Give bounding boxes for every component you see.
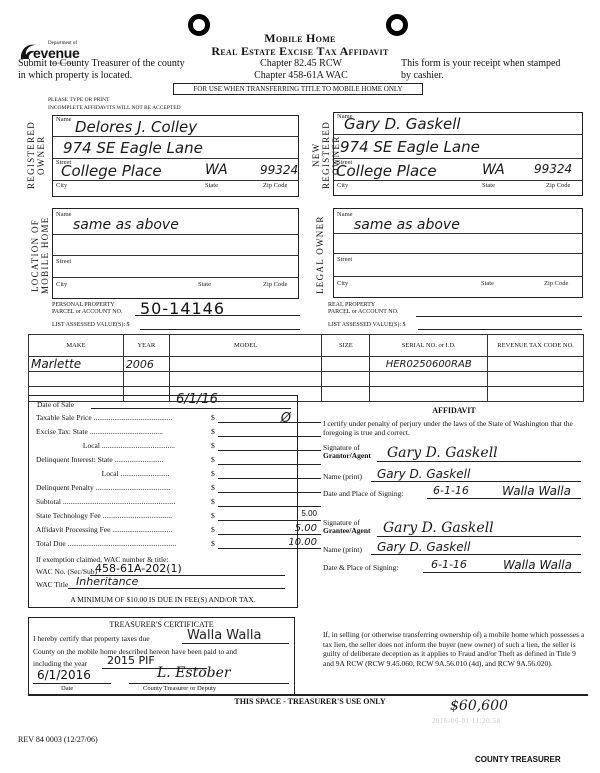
date-of-sale-label: Date of Sale <box>37 400 74 409</box>
cell-revenue-tax-code[interactable] <box>488 372 584 387</box>
fee-excise-state: Excise Tax: State ......................… <box>36 425 323 438</box>
header-revenue-tax-code: REVENUE TAX CODE NO. <box>488 335 584 357</box>
registered-owner-name-field[interactable]: Name Delores J. Colley <box>53 116 298 137</box>
delinquent-penalty-field[interactable] <box>218 481 321 493</box>
cell-make[interactable]: Marlette <box>29 357 124 372</box>
cell-year[interactable]: 2006 <box>123 357 169 372</box>
fee-total-due: Total Due ..............................… <box>36 537 323 550</box>
location-line2-field[interactable] <box>53 235 298 256</box>
grantee-print-name-field[interactable]: Gary D. Gaskell <box>371 543 581 555</box>
cell-serial[interactable] <box>370 372 488 387</box>
fee-excise-local: Local ..................................… <box>36 439 323 452</box>
subtotal-field[interactable] <box>218 495 321 507</box>
legal-owner-line2-field[interactable] <box>334 234 582 254</box>
lien-warning: If, in selling (or otherwise transferrin… <box>323 630 585 668</box>
cashier-stamp: 2016-06-01 11:20:58 <box>432 717 501 725</box>
affidavit-processing-fee-field[interactable]: 5.00 <box>218 523 321 535</box>
delinquent-interest-state-field[interactable] <box>218 453 321 465</box>
cell-serial[interactable] <box>370 387 488 402</box>
treasurer-divider <box>28 694 588 696</box>
registered-owner-address-field[interactable]: 974 SE Eagle Lane <box>53 137 298 159</box>
location-label: LOCATION OFMOBILE HOME <box>30 210 50 300</box>
property-table: MAKE YEAR MODEL SIZE SERIAL NO. or I.D. … <box>28 334 584 402</box>
fee-delinquent-interest-state: Delinquent Interest: State .............… <box>36 453 323 466</box>
excise-local-field[interactable] <box>218 439 321 451</box>
real-parcel-field[interactable] <box>416 309 582 317</box>
certificate-date-field[interactable]: 6/1/2016 <box>33 671 111 684</box>
registered-owner-box: Name Delores J. Colley 974 SE Eagle Lane… <box>52 115 299 197</box>
grantor-print-name-field[interactable]: Gary D. Gaskell <box>371 470 581 482</box>
personal-assessed-label: LIST ASSESSED VALUE(S): $ <box>52 322 130 328</box>
fee-state-technology: State Technology Fee ...................… <box>36 509 323 522</box>
header-make: MAKE <box>29 335 124 357</box>
header-serial: SERIAL NO. or I.D. <box>370 335 488 357</box>
legal-owner-name-field[interactable]: Name same as above <box>334 209 582 234</box>
new-registered-owner-box: Name Gary D. Gaskell 974 SE Eagle Lane S… <box>333 112 583 196</box>
cell-model[interactable] <box>169 372 322 387</box>
cell-size[interactable] <box>322 357 370 372</box>
affidavit-statement: I certify under penalty of perjury under… <box>323 419 583 437</box>
tax-county-field[interactable]: Walla Walla <box>182 633 289 644</box>
treasurer-certificate-box: TREASURER'S CERTIFICATE I hereby certify… <box>28 617 295 694</box>
grantor-date-place-field[interactable]: 6-1-16 Walla Walla <box>427 487 581 499</box>
state-technology-fee-field[interactable]: 5.00 <box>218 509 321 521</box>
total-due-field[interactable]: 10.00 <box>218 537 321 549</box>
cell-revenue-tax-code[interactable] <box>488 357 584 372</box>
date-of-sale-field[interactable]: 6/1/16 <box>91 396 291 409</box>
new-owner-address-field[interactable]: 974 SE Eagle Lane <box>334 135 582 159</box>
taxable-sale-price-field[interactable]: Ø <box>218 411 321 423</box>
cell-year[interactable] <box>123 372 169 387</box>
registered-owner-label: REGISTEREDOWNER <box>26 118 46 193</box>
location-name-field[interactable]: Name same as above <box>53 209 298 235</box>
instructions: PLEASE TYPE OR PRINT INCOMPLETE AFFIDAVI… <box>48 96 181 112</box>
wac-title-label: WAC Title <box>36 580 68 589</box>
cell-size[interactable] <box>322 387 370 402</box>
cell-make[interactable] <box>29 372 124 387</box>
minimum-due-note: A MINIMUM OF $10.00 IS DUE IN FEE(S) AND… <box>28 595 298 604</box>
form-number: REV 84 0003 (12/27/06) <box>18 735 98 744</box>
grantee-print-row: Name (print) Gary D. Gaskell <box>323 545 585 559</box>
county-treasurer-label: COUNTY TREASURER <box>475 755 561 764</box>
table-row <box>29 372 584 387</box>
fee-affidavit-processing: Affidavit Processing Fee ...............… <box>36 523 323 536</box>
affidavit-title: AFFIDAVIT <box>323 406 585 415</box>
fee-subtotal: Subtotal ...............................… <box>36 495 323 508</box>
grantor-date-row: Date and Place of Signing: 6-1-16 Walla … <box>323 489 585 503</box>
legal-owner-box: Name same as above Street City State Zip… <box>333 208 583 298</box>
cell-size[interactable] <box>322 372 370 387</box>
grantee-date-place-field[interactable]: 6-1-16 Walla Walla <box>423 561 581 573</box>
chapter-refs: Chapter 82.45 RCW Chapter 458-61A WAC <box>246 58 356 82</box>
location-box: Name same as above Street City State Zip… <box>52 208 299 299</box>
property-table-header: MAKE YEAR MODEL SIZE SERIAL NO. or I.D. … <box>29 335 584 357</box>
grantor-signature-field[interactable]: Gary D. Gaskell <box>377 450 581 462</box>
table-row: Marlette 2006 HER0250600RAB <box>29 357 584 372</box>
delinquent-interest-local-field[interactable] <box>218 467 321 479</box>
cell-revenue-tax-code[interactable] <box>488 387 584 402</box>
grantee-signature-row: Signature of Grantee/Agent Gary D. Gaske… <box>323 519 585 541</box>
personal-parcel-field[interactable]: 50-14146 <box>135 302 300 316</box>
submit-note: Submit to County Treasurer of the county… <box>18 58 185 82</box>
grantee-signature-field[interactable]: Gary D. Gaskell <box>377 525 581 537</box>
new-owner-name-field[interactable]: Name Gary D. Gaskell <box>334 113 582 135</box>
real-assessed-label: LIST ASSESSED VALUE(S): $ <box>328 322 406 328</box>
real-property-label: REAL PROPERTY PARCEL or ACCOUNT NO. <box>328 302 398 316</box>
header-model: MODEL <box>169 335 322 357</box>
registered-owner-city-field[interactable]: Street College Place WA 99324 <box>53 159 298 181</box>
grantor-signature-row: Signature of Grantor/Agent Gary D. Gaske… <box>323 444 585 466</box>
legal-owner-street-field[interactable]: Street <box>334 254 582 277</box>
grantee-date-row: Date & Place of Signing: 6-1-16 Walla Wa… <box>323 563 585 577</box>
excise-state-field[interactable] <box>218 425 321 437</box>
location-street-field[interactable]: Street <box>53 256 298 278</box>
receipt-note: This form is your receipt when stamped b… <box>401 58 560 82</box>
fee-taxable-sale-price: Taxable Sale Price .....................… <box>36 411 323 424</box>
header-year: YEAR <box>123 335 169 357</box>
real-assessed-field[interactable] <box>418 322 582 330</box>
fee-delinquent-penalty: Delinquent Penalty .....................… <box>36 481 323 494</box>
personal-assessed-field[interactable] <box>140 322 300 330</box>
cell-serial[interactable]: HER0250600RAB <box>370 357 488 372</box>
cell-model[interactable] <box>169 357 322 372</box>
fee-delinquent-interest-local: Local ..........................$ <box>36 467 323 480</box>
form-title-line2: Real Estate Excise Tax Affidavit <box>170 44 430 59</box>
personal-property-label: PERSONAL PROPERTY PARCEL or ACCOUNT NO. <box>52 302 122 316</box>
header-size: SIZE <box>322 335 370 357</box>
new-owner-city-field[interactable]: Street College Place WA 99324 <box>334 159 582 181</box>
treasurer-signature-field[interactable]: L. Estober <box>129 671 289 684</box>
use-banner: FOR USE WHEN TRANSFERRING TITLE TO MOBIL… <box>173 83 423 95</box>
legal-owner-label: LEGAL OWNER <box>315 215 325 295</box>
treasurer-use-only: THIS SPACE - TREASURER'S USE ONLY <box>200 697 420 706</box>
wac-title-field[interactable]: Inheritance <box>68 578 285 589</box>
handwritten-amount: $60,600 <box>450 698 508 714</box>
